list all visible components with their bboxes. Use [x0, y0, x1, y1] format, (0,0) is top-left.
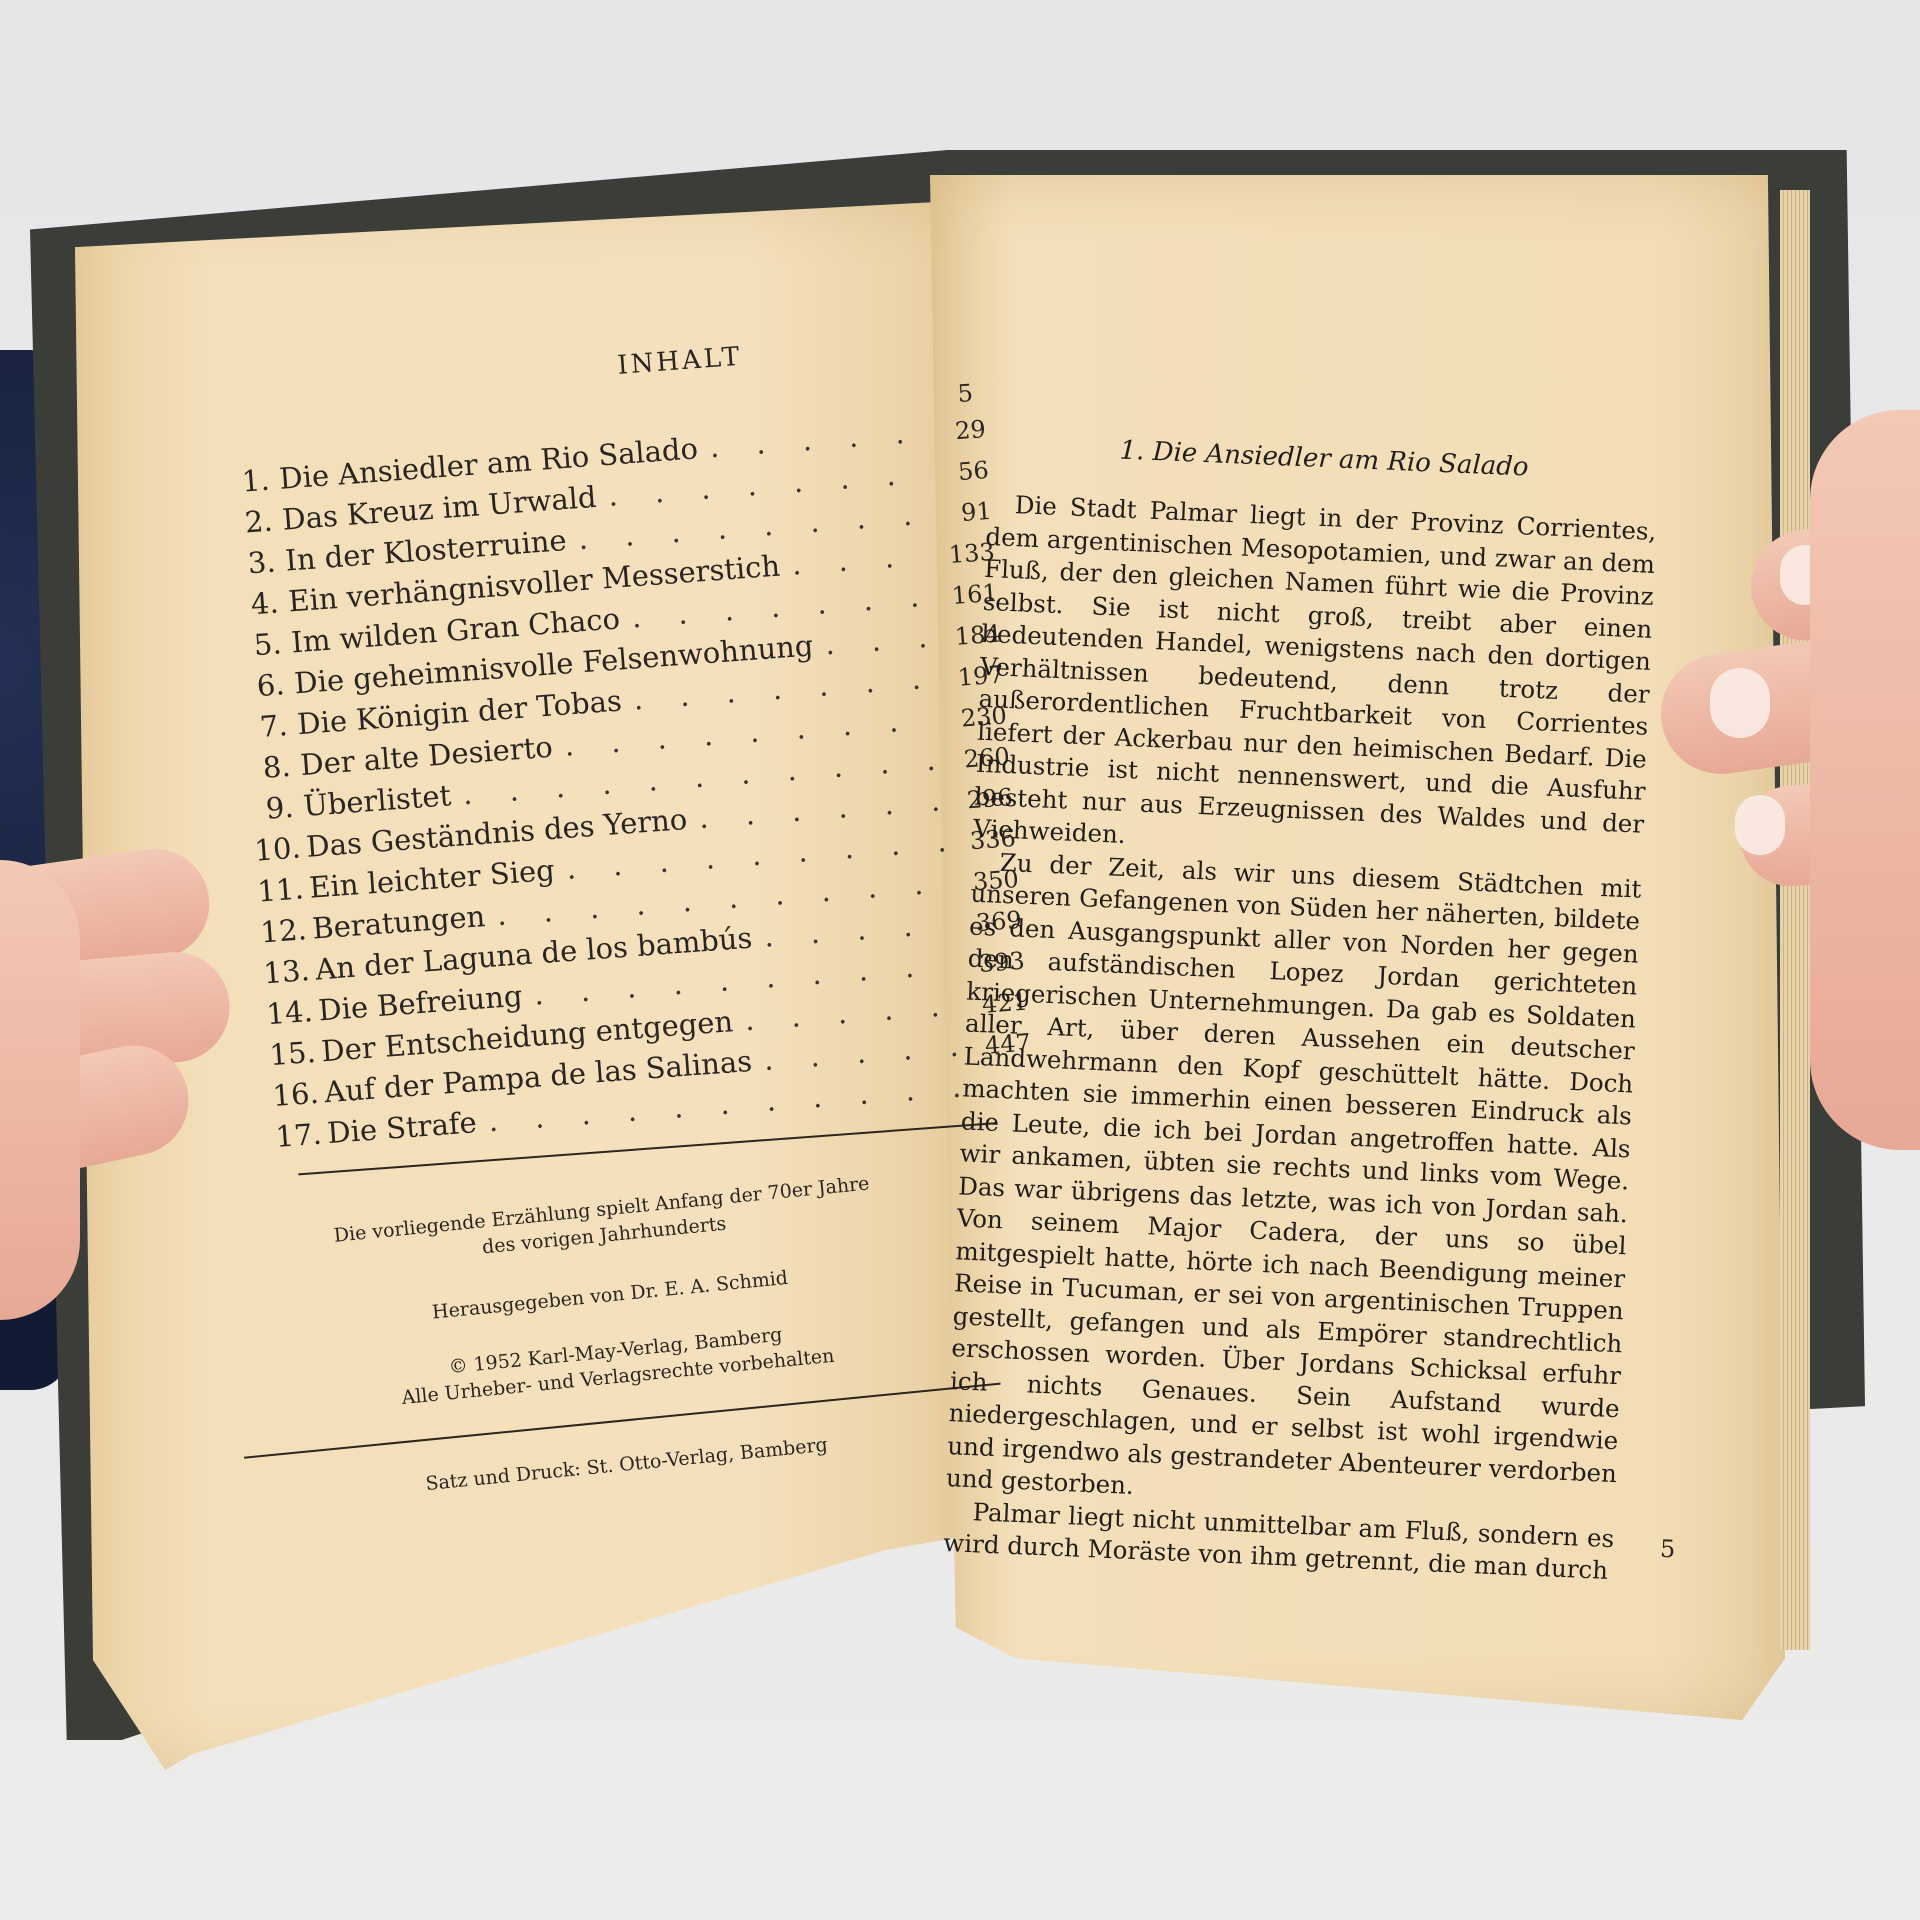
- toc-entry-page: 29: [924, 410, 987, 453]
- toc-entry-number: 2.: [229, 502, 274, 544]
- toc-entry-page: 91: [930, 492, 993, 535]
- thumbnail: [1710, 668, 1770, 738]
- chapter-text: 1. Die Ansiedler am Rio Salado Die Stadt…: [943, 430, 1660, 1588]
- left-hand-palm: [0, 860, 80, 1320]
- toc-entry-number: 1.: [226, 461, 271, 503]
- toc-entry-number: 7.: [244, 706, 289, 748]
- fingernail: [1735, 795, 1785, 855]
- right-hand-fingers: [1810, 410, 1920, 1150]
- toc-leader-dots: . . . . . . . . . . . . . . . . . . . . …: [790, 536, 924, 585]
- paragraph: Zu der Zeit, als wir uns diesem Städtche…: [945, 845, 1642, 1522]
- page-number: 5: [1660, 1535, 1676, 1564]
- toc-entry-number: 5.: [238, 624, 283, 666]
- toc-list: 1. Die Ansiedler am Rio Salado . . . . .…: [226, 408, 1035, 1157]
- paragraph: Die Stadt Palmar liegt in der Provinz Co…: [973, 488, 1657, 873]
- page-edges: [1780, 190, 1810, 1650]
- toc-entry-number: 16.: [271, 1074, 316, 1116]
- toc-entry-number: 14.: [265, 992, 310, 1034]
- toc-entry-number: 4.: [235, 583, 280, 625]
- toc-entry-number: 12.: [259, 910, 304, 952]
- toc-entry-page: 56: [927, 451, 990, 494]
- toc-entry-number: 6.: [241, 665, 286, 707]
- toc-entry-number: 13.: [262, 951, 307, 993]
- toc-entry-number: 8.: [247, 747, 292, 789]
- toc-leader-dots: . . . . . . . . . . . . . . . . . . . . …: [824, 618, 930, 665]
- toc-entry-number: 10.: [253, 829, 298, 871]
- toc-entry-number: 17.: [274, 1115, 319, 1157]
- toc-entry-number: 15.: [268, 1033, 313, 1075]
- toc-entry-number: 3.: [232, 542, 277, 584]
- toc-entry-number: 9.: [250, 788, 295, 830]
- toc-entry-number: 11.: [256, 870, 301, 912]
- table-of-contents: INHALT 5 1. Die Ansiedler am Rio Salado …: [220, 324, 1036, 1177]
